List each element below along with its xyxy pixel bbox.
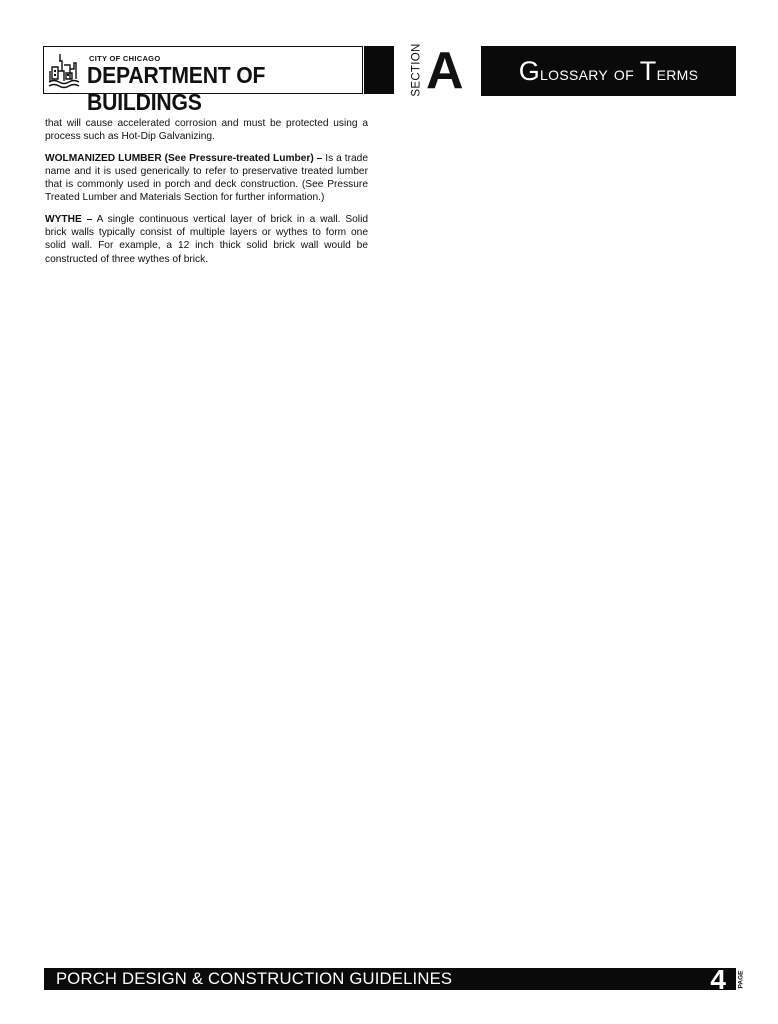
title-part-2: erms [657, 63, 699, 85]
department-logo: CITY OF CHICAGO DEPARTMENT OF BUILDINGS [43, 46, 363, 94]
header-divider-bar [364, 46, 394, 94]
glossary-entry-wythe: WYTHE – A single continuous vertical lay… [45, 213, 368, 266]
page-number: 4 [710, 964, 726, 996]
city-skyline-icon [48, 51, 80, 89]
title-initial-t: T [640, 56, 657, 86]
footer-title: PORCH DESIGN & CONSTRUCTION GUIDELINES [56, 969, 452, 989]
page-title: Glossary of Terms [481, 46, 736, 96]
footer-bar: PORCH DESIGN & CONSTRUCTION GUIDELINES 4 [44, 968, 736, 990]
section-letter: A [426, 46, 464, 96]
glossary-paragraph: that will cause accelerated corrosion an… [45, 117, 368, 144]
page-title-text: Glossary of Terms [519, 56, 699, 87]
page-label: PAGE [736, 968, 746, 990]
glossary-entry-wolmanized-lumber: WOLMANIZED LUMBER (See Pressure-treated … [45, 152, 368, 205]
glossary-definition: A single continuous vertical layer of br… [45, 214, 368, 265]
section-label-text: SECTION [411, 43, 423, 96]
glossary-term: WOLMANIZED LUMBER (See Pressure-treated … [45, 153, 322, 164]
page-label-text: PAGE [738, 970, 745, 988]
title-part-1: lossary of [540, 63, 640, 85]
section-label: SECTION [408, 46, 426, 94]
paragraph-text: that will cause accelerated corrosion an… [45, 118, 368, 142]
title-initial-g: G [519, 56, 540, 86]
logo-department-text: DEPARTMENT OF BUILDINGS [87, 62, 340, 116]
glossary-term: WYTHE – [45, 214, 92, 225]
glossary-content: that will cause accelerated corrosion an… [45, 117, 368, 274]
